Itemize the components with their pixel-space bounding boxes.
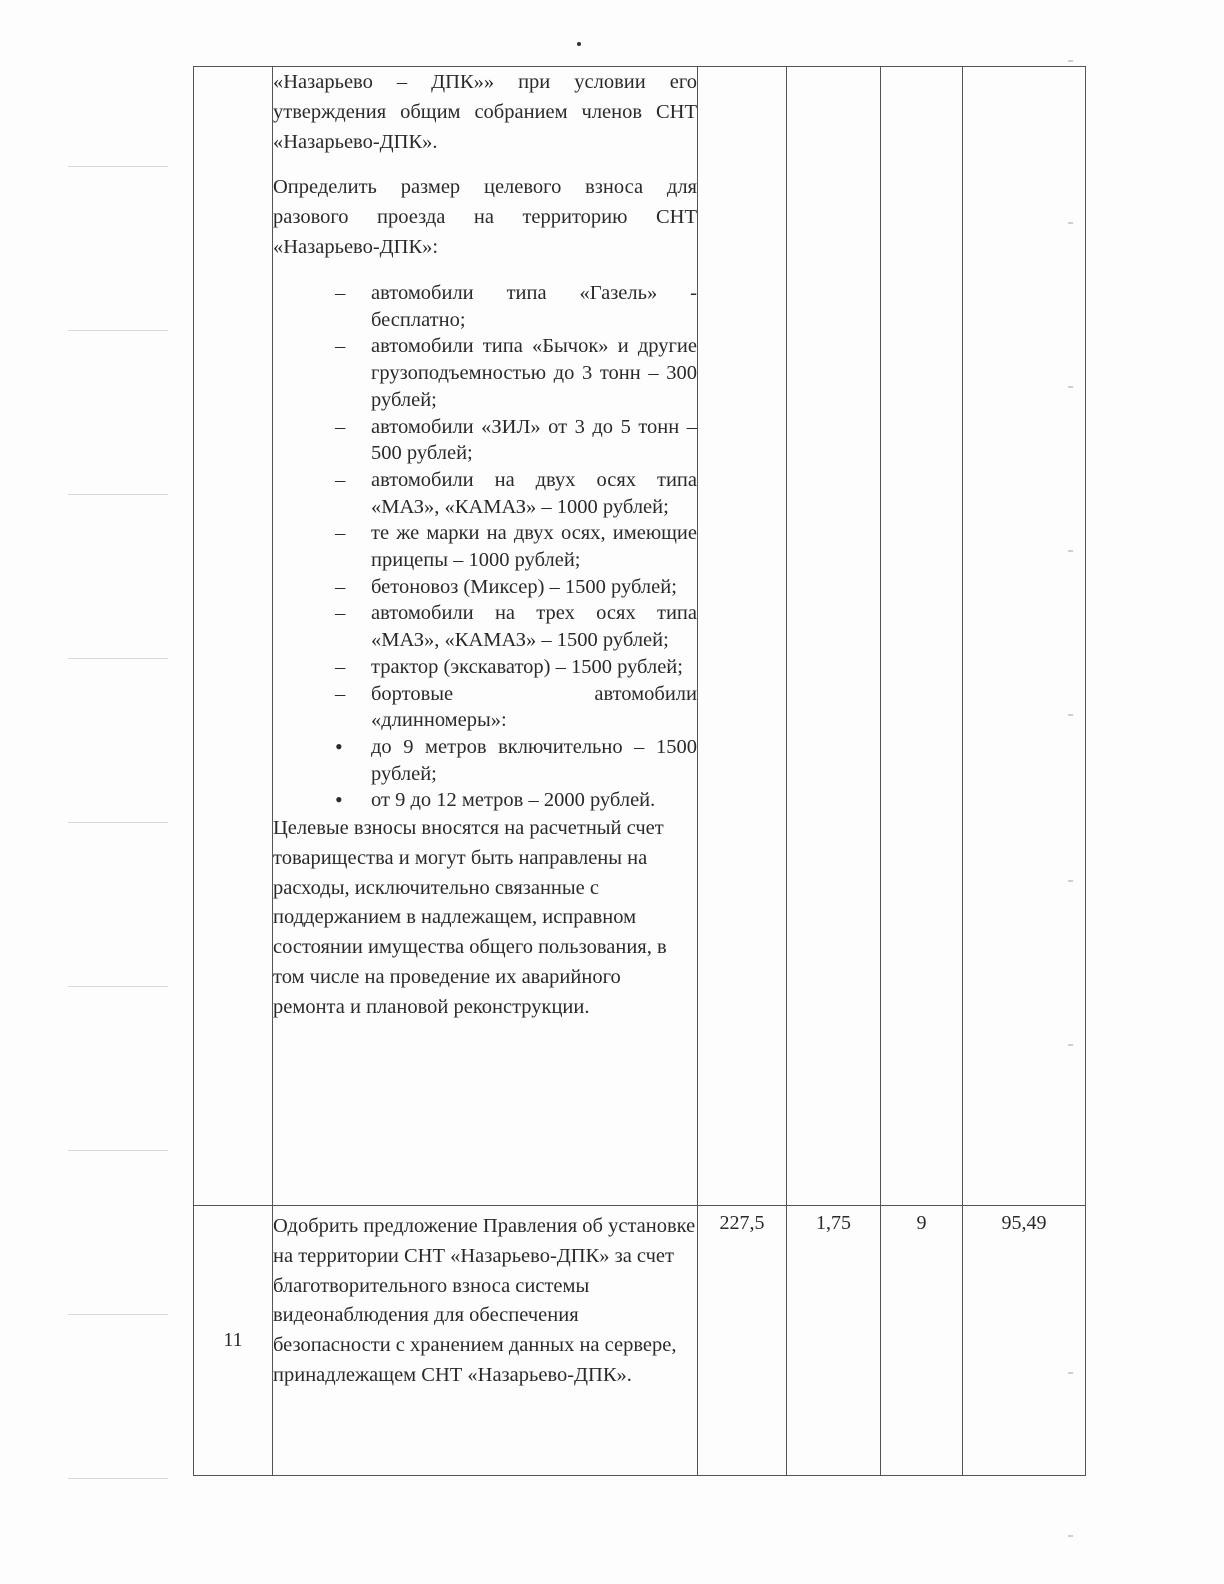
table-row: «Назарьево – ДПК»» при условии его утвер… (194, 67, 1086, 1206)
value-cell: 1,75 (787, 1206, 881, 1476)
list-item: от 9 до 12 метров – 2000 рублей. (273, 787, 697, 814)
scan-artifact (68, 330, 168, 331)
list-item: автомобили на трех осях типа «МАЗ», «КАМ… (273, 600, 697, 653)
voting-results-table: «Назарьево – ДПК»» при условии его утвер… (193, 66, 1086, 1476)
resolution-text: Одобрить предложение Правления об устано… (273, 1206, 698, 1476)
long-vehicle-fee-list: до 9 метров включительно – 1500 рублей; … (273, 734, 697, 814)
value-cell (963, 67, 1086, 1206)
list-item: автомобили типа «Газель» - бесплатно; (273, 280, 697, 333)
list-item: бортовые автомобили «длинномеры»: (273, 681, 697, 734)
list-item: автомобили типа «Бычок» и другие грузопо… (273, 333, 697, 413)
value-cell: 95,49 (963, 1206, 1086, 1476)
table-row: 11 Одобрить предложение Правления об уст… (194, 1206, 1086, 1476)
list-item: до 9 метров включительно – 1500 рублей; (273, 734, 697, 787)
list-item: автомобили «ЗИЛ» от 3 до 5 тонн – 500 ру… (273, 414, 697, 467)
resolution-continuation: «Назарьево – ДПК»» при условии его утвер… (273, 67, 697, 157)
scan-dot (577, 42, 581, 46)
value-cell (698, 67, 787, 1206)
scan-artifact (68, 1478, 168, 1479)
resolution-body: Одобрить предложение Правления об устано… (273, 1212, 697, 1391)
value-cell (787, 67, 881, 1206)
scan-artifact (1068, 1535, 1073, 1537)
resolution-intro: Определить размер целевого взноса для ра… (273, 172, 697, 262)
vehicle-fee-list: автомобили типа «Газель» - бесплатно; ав… (273, 280, 697, 734)
scan-artifact (68, 986, 168, 987)
scan-artifact (68, 494, 168, 495)
value-cell (881, 67, 963, 1206)
row-number (194, 67, 273, 1206)
value-cell: 227,5 (698, 1206, 787, 1476)
scan-artifact (68, 1150, 168, 1151)
scan-artifact (68, 166, 168, 167)
scan-artifact (68, 822, 168, 823)
value-cell: 9 (881, 1206, 963, 1476)
list-item: автомобили на двух осях типа «МАЗ», «КАМ… (273, 467, 697, 520)
scan-artifact (68, 1314, 168, 1315)
list-item: бетоновоз (Миксер) – 1500 рублей; (273, 574, 697, 601)
list-item: те же марки на двух осях, имеющие прицеп… (273, 520, 697, 573)
resolution-text: «Назарьево – ДПК»» при условии его утвер… (273, 67, 698, 1206)
row-number: 11 (194, 1206, 273, 1476)
resolution-closing: Целевые взносы вносятся на расчетный сче… (273, 814, 697, 1023)
scan-artifact (68, 658, 168, 659)
list-item: трактор (экскаватор) – 1500 рублей; (273, 654, 697, 681)
scan-artifact (1068, 60, 1073, 62)
